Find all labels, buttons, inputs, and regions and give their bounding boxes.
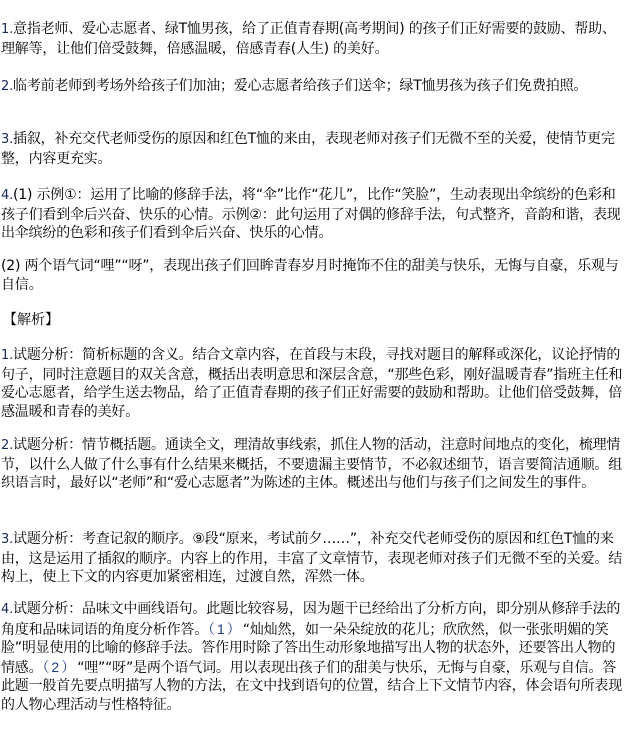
analysis-1-number: 1. bbox=[1, 348, 13, 363]
analysis-3: 3.试题分析：考查记叙的顺序。⑨段“原来，考试前夕……”，补充交代老师受伤的原因… bbox=[1, 530, 629, 587]
answer-2: 2.临考前老师到考场外给孩子们加油；爱心志愿者给孩子们送伞；绿T恤男孩为孩子们免… bbox=[1, 77, 629, 97]
analysis-heading: 【解析】 bbox=[3, 309, 59, 329]
answer-2-number: 2. bbox=[1, 79, 13, 94]
analysis-3-number: 3. bbox=[1, 532, 13, 547]
answer-4-part-2: (2) 两个语气词“哩”“呀”，表现出孩子们回眸青春岁月时掩饰不住的甜美与快乐，… bbox=[1, 257, 629, 294]
answer-3-number: 3. bbox=[1, 132, 13, 147]
answer-1: 1.意指老师、爱心志愿者、绿T恤男孩，给了正值青春期(高考期间) 的孩子们正好需… bbox=[1, 20, 629, 58]
analysis-4-marker-2: （2） bbox=[42, 659, 77, 675]
answer-3: 3.插叙，补充交代老师受伤的原因和红色T恤的来由，表现老师对孩子们无微不至的关爱… bbox=[1, 130, 629, 168]
analysis-2-text: 试题分析：情节概括题。通读全文，理清故事线索，抓住人物的活动，注意时间地点的变化… bbox=[1, 437, 622, 491]
analysis-4-number: 4. bbox=[1, 602, 13, 617]
answer-4-part-2-text: (2) 两个语气词“哩”“呀”，表现出孩子们回眸青春岁月时掩饰不住的甜美与快乐，… bbox=[1, 258, 619, 293]
analysis-3-text: 试题分析：考查记叙的顺序。⑨段“原来，考试前夕……”，补充交代老师受伤的原因和红… bbox=[1, 531, 622, 585]
analysis-4: 4.试题分析：品味文中画线语句。此题比较容易，因为题干已经给出了分析方向，即分别… bbox=[1, 600, 629, 715]
analysis-2: 2.试题分析：情节概括题。通读全文，理清故事线索，抓住人物的活动，注意时间地点的… bbox=[1, 436, 629, 493]
analysis-2-number: 2. bbox=[1, 438, 13, 453]
analysis-1-text: 试题分析：简析标题的含义。结合文章内容，在首段与末段，寻找对题目的解释或深化，议… bbox=[1, 347, 622, 420]
answer-4-part-1: 4.(1) 示例①：运用了比喻的修辞手法，将“伞”比作“花儿”，比作“笑脸”，生… bbox=[1, 186, 629, 243]
answer-4-part-1-text: (1) 示例①：运用了比喻的修辞手法，将“伞”比作“花儿”，比作“笑脸”，生动表… bbox=[1, 187, 621, 241]
answer-document: 1.意指老师、爱心志愿者、绿T恤男孩，给了正值青春期(高考期间) 的孩子们正好需… bbox=[0, 0, 630, 737]
analysis-1: 1.试题分析：简析标题的含义。结合文章内容，在首段与末段，寻找对题目的解释或深化… bbox=[1, 346, 629, 421]
analysis-4-text-c: “哩”“呀”是两个语气词。用以表现出孩子们的甜美与快乐，无悔与自豪，乐观与自信。… bbox=[1, 660, 622, 713]
answer-4-number: 4. bbox=[1, 188, 13, 203]
analysis-4-marker-1: （1） bbox=[208, 621, 243, 637]
answer-1-number: 1. bbox=[1, 22, 13, 37]
answer-2-text: 临考前老师到考场外给孩子们加油；爱心志愿者给孩子们送伞；绿T恤男孩为孩子们免费拍… bbox=[13, 78, 587, 94]
answer-3-text: 插叙，补充交代老师受伤的原因和红色T恤的来由，表现老师对孩子们无微不至的关爱，使… bbox=[1, 131, 615, 167]
answer-1-text: 意指老师、爱心志愿者、绿T恤男孩，给了正值青春期(高考期间) 的孩子们正好需要的… bbox=[1, 21, 616, 57]
